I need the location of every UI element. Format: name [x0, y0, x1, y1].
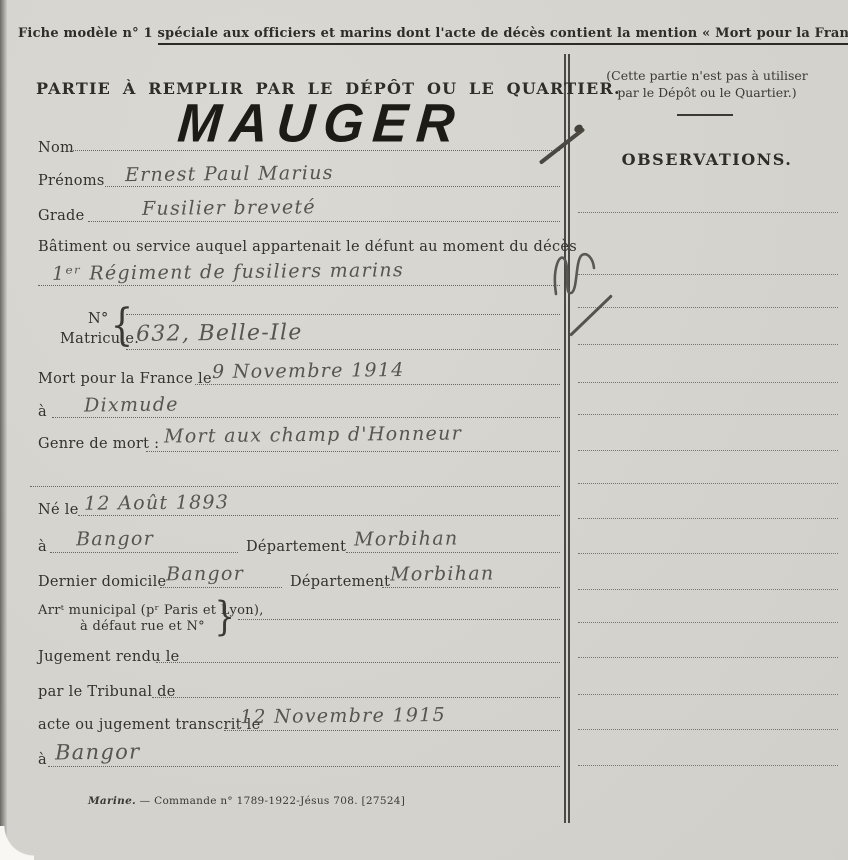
- right-note-line1: (Cette partie n'est pas à utiliser: [576, 67, 838, 84]
- prenoms-line: [105, 185, 560, 187]
- transcrit-line: [224, 729, 560, 731]
- grade-value: Fusilier breveté: [142, 196, 316, 220]
- ne-lieu-line: [50, 551, 238, 553]
- arrt-label-line2: à défaut rue et N°: [80, 619, 205, 634]
- spacer-line: [30, 485, 560, 487]
- ne-dep-label: Département: [246, 539, 346, 555]
- observation-line: [578, 552, 838, 554]
- domicile-dep-line: [382, 586, 560, 588]
- matricule-value: 632, Belle-Ile: [136, 320, 303, 347]
- grade-line: [88, 220, 560, 222]
- jugement-line: [156, 661, 560, 663]
- observation-line: [578, 588, 838, 590]
- genre-mort-line: [146, 450, 560, 452]
- transcrit-lieu-line: [48, 765, 560, 767]
- genre-mort-value: Mort aux champ d'Honneur: [164, 422, 462, 447]
- observation-line: [578, 517, 838, 519]
- prenoms-value: Ernest Paul Marius: [125, 162, 334, 186]
- matricule-line-upper: [126, 313, 560, 315]
- ne-dep-line: [346, 551, 560, 553]
- ne-le-value: 12 Août 1893: [84, 491, 229, 515]
- domicile-label: Dernier domicile: [38, 574, 166, 590]
- observation-line: [578, 728, 838, 730]
- observation-line: [578, 211, 838, 213]
- print-order-note: Marine. — Commande n° 1789-1922-Jésus 70…: [88, 795, 405, 807]
- batiment-line: [38, 284, 560, 286]
- ne-lieu-value: Bangor: [76, 528, 154, 551]
- transcrit-lieu-label: à: [38, 752, 47, 768]
- print-order-marine: Marine.: [88, 795, 136, 807]
- pencil-squiggle-mark: [550, 248, 600, 302]
- surname-handwritten: MAUGER: [175, 93, 465, 155]
- form-header-prefix: Fiche modèle n° 1: [18, 26, 158, 41]
- batiment-value: 1ᵉʳ Régiment de fusiliers marins: [52, 259, 404, 285]
- observation-line: [578, 306, 838, 308]
- death-record-card: Fiche modèle n° 1 spéciale aux officiers…: [0, 0, 848, 860]
- observation-line: [578, 482, 838, 484]
- column-divider: [564, 54, 570, 823]
- mort-date-label: Mort pour la France le: [38, 371, 212, 387]
- observation-line: [578, 449, 838, 451]
- prenoms-label: Prénoms: [38, 173, 105, 189]
- observation-line: [578, 343, 838, 345]
- arrt-brace: }: [215, 594, 235, 640]
- form-header-underlined: spéciale aux officiers et marins dont l'…: [158, 26, 848, 45]
- domicile-line: [160, 586, 282, 588]
- right-note-rule: [677, 114, 733, 116]
- observation-line: [578, 764, 838, 766]
- mort-lieu-label: à: [38, 404, 47, 420]
- matricule-label-no: N°: [88, 311, 109, 327]
- observation-line: [578, 656, 838, 658]
- mort-lieu-value: Dixmude: [84, 394, 179, 417]
- observation-line: [578, 621, 838, 623]
- matricule-line-lower: [126, 348, 560, 350]
- scan-left-edge: [0, 0, 7, 860]
- ne-le-line: [78, 514, 560, 516]
- ne-lieu-label: à: [38, 539, 47, 555]
- observations-title: OBSERVATIONS.: [576, 150, 838, 169]
- domicile-dep-value: Morbihan: [390, 562, 495, 585]
- domicile-dep-label: Département: [290, 574, 390, 590]
- mort-date-line: [195, 383, 560, 385]
- genre-mort-label: Genre de mort :: [38, 436, 159, 452]
- observation-line: [578, 693, 838, 695]
- grade-label: Grade: [38, 208, 85, 224]
- batiment-label: Bâtiment ou service auquel appartenait l…: [38, 239, 577, 255]
- right-note-line2: par le Dépôt ou le Quartier.): [576, 84, 838, 101]
- transcrit-value: 12 Novembre 1915: [240, 704, 446, 728]
- form-header: Fiche modèle n° 1 spéciale aux officiers…: [18, 26, 844, 41]
- ne-le-label: Né le: [38, 502, 79, 518]
- nom-label: Nom: [38, 140, 74, 156]
- nom-line: [70, 149, 560, 151]
- tribunal-line: [152, 696, 560, 698]
- right-note: (Cette partie n'est pas à utiliser par l…: [576, 67, 838, 101]
- observation-line: [578, 413, 838, 415]
- mort-date-value: 9 Novembre 1914: [212, 359, 405, 383]
- transcrit-lieu-value: Bangor: [55, 740, 141, 765]
- observation-line: [578, 381, 838, 383]
- print-order-rest: — Commande n° 1789-1922-Jésus 708. [2752…: [136, 795, 405, 807]
- mort-lieu-line: [52, 416, 560, 418]
- matricule-brace: {: [111, 300, 133, 351]
- domicile-value: Bangor: [166, 563, 244, 586]
- scan-corner: [0, 826, 34, 860]
- observation-line: [578, 273, 838, 275]
- arrt-line: [238, 618, 560, 620]
- ne-dep-value: Morbihan: [354, 527, 459, 550]
